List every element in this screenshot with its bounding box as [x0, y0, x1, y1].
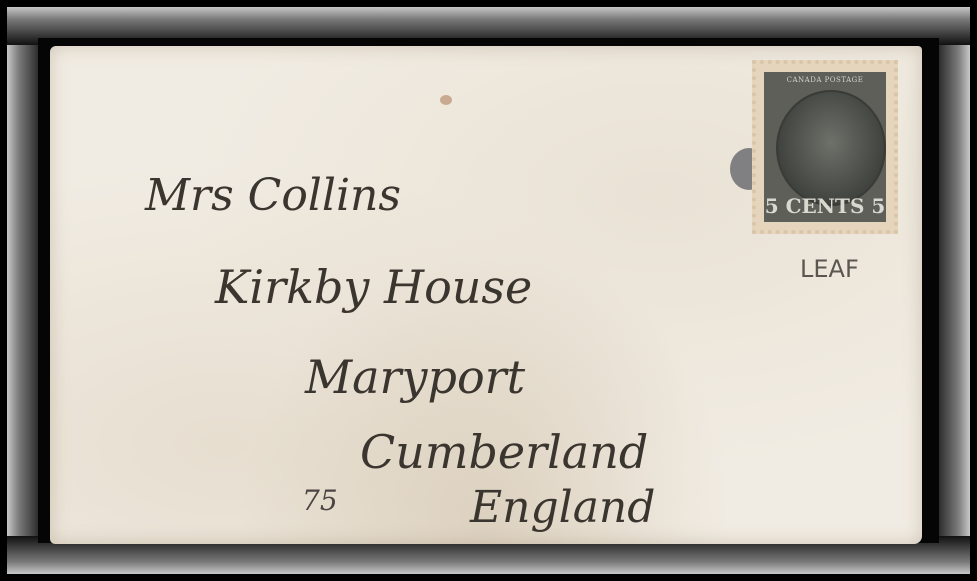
address-line-county: Cumberland [360, 425, 648, 479]
address-line-country: England [470, 482, 655, 533]
address-line-name: Mrs Collins [145, 170, 401, 221]
postage-stamp: CANADA POSTAGE 5 CENTS 5 [752, 60, 898, 234]
pencil-price-note: 75 [302, 484, 338, 517]
address-line-house: Kirkby House [215, 260, 532, 314]
address-line-town: Maryport [305, 350, 525, 404]
stain-spot [440, 95, 452, 105]
pencil-leaf-note: LEAF [800, 255, 859, 283]
stamp-top-text: CANADA POSTAGE [764, 76, 886, 84]
queen-portrait-icon [776, 90, 886, 206]
stamp-value-text: 5 CENTS 5 [764, 194, 886, 218]
stamp-design: CANADA POSTAGE 5 CENTS 5 [764, 72, 886, 222]
